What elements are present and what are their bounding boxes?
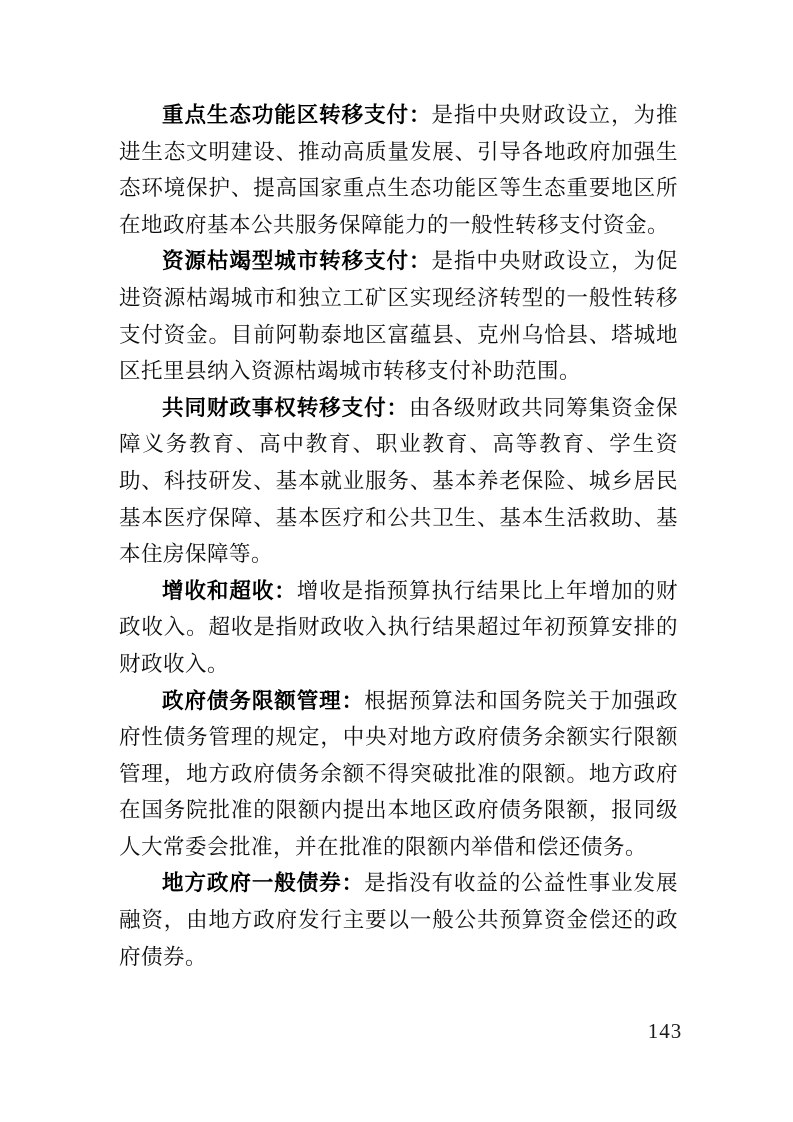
- definition-term: 重点生态功能区转移支付：: [162, 103, 431, 127]
- definition-body: 根据预算法和国务院关于加强政府性债务管理的规定，中央对地方政府债务余额实行限额管…: [119, 689, 678, 859]
- page-number: 143: [645, 1019, 685, 1044]
- definition-paragraph: 地方政府一般债券：是指没有收益的公益性事业发展融资，由地方政府发行主要以一般公共…: [119, 865, 678, 975]
- definition-paragraph: 共同财政事权转移支付：由各级财政共同筹集资金保障义务教育、高中教育、职业教育、高…: [119, 390, 678, 573]
- definition-term: 政府债务限额管理：: [162, 689, 364, 713]
- definition-body: 由各级财政共同筹集资金保障义务教育、高中教育、职业教育、高等教育、学生资助、科技…: [119, 396, 678, 566]
- definition-paragraph: 重点生态功能区转移支付：是指中央财政设立，为推进生态文明建设、推动高质量发展、引…: [119, 97, 678, 243]
- definition-term: 地方政府一般债券：: [162, 871, 364, 895]
- definition-paragraph: 增收和超收：增收是指预算执行结果比上年增加的财政收入。超收是指财政收入执行结果超…: [119, 573, 678, 683]
- definition-term: 增收和超收：: [162, 579, 297, 603]
- document-page: 重点生态功能区转移支付：是指中央财政设立，为推进生态文明建设、推动高质量发展、引…: [0, 0, 793, 1122]
- definition-paragraph: 政府债务限额管理：根据预算法和国务院关于加强政府性债务管理的规定，中央对地方政府…: [119, 683, 678, 866]
- definitions-list: 重点生态功能区转移支付：是指中央财政设立，为推进生态文明建设、推动高质量发展、引…: [119, 97, 678, 975]
- definition-term: 共同财政事权转移支付：: [162, 396, 409, 420]
- definition-term: 资源枯竭型城市转移支付：: [162, 249, 431, 273]
- definition-paragraph: 资源枯竭型城市转移支付：是指中央财政设立，为促进资源枯竭城市和独立工矿区实现经济…: [119, 243, 678, 389]
